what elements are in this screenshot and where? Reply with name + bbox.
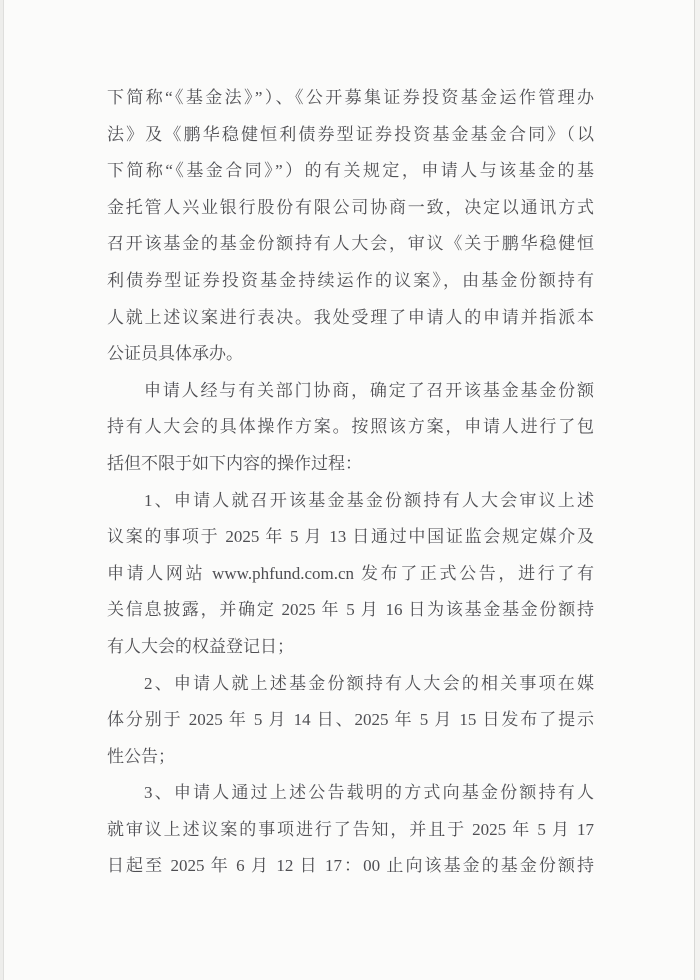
document-page: 下简称“《基金法》”）、《公开募集证券投资基金运作管理办 法》及《鹏华稳健恒利债… <box>107 80 594 885</box>
text-line: 就审议上述议案的事项进行了告知，并且于 2025 年 5 月 17 <box>107 812 594 849</box>
paragraph-item-2: 2、申请人就上述基金份额持有人大会的相关事项在媒 体分别于 2025 年 5 月… <box>107 666 594 776</box>
text-line: 下简称“《基金合同》”）的有关规定，申请人与该基金的基 <box>107 153 594 190</box>
paragraph-item-1: 1、申请人就召开该基金基金份额持有人大会审议上述 议案的事项于 2025 年 5… <box>107 483 594 666</box>
text-line: 利债券型证券投资基金持续运作的议案》，由基金份额持有 <box>107 263 594 300</box>
text-line: 括但不限于如下内容的操作过程： <box>107 446 594 483</box>
text-line: 金托管人兴业银行股份有限公司协商一致，决定以通讯方式 <box>107 190 594 227</box>
text-line: 2、申请人就上述基金份额持有人大会的相关事项在媒 <box>107 666 594 703</box>
page-right-edge <box>694 0 700 980</box>
document-photo: 下简称“《基金法》”）、《公开募集证券投资基金运作管理办 法》及《鹏华稳健恒利债… <box>0 0 700 980</box>
text-line: 1、申请人就召开该基金基金份额持有人大会审议上述 <box>107 483 594 520</box>
text-line: 体分别于 2025 年 5 月 14 日、2025 年 5 月 15 日发布了提… <box>107 702 594 739</box>
text-line: 持有人大会的具体操作方案。按照该方案，申请人进行了包 <box>107 409 594 446</box>
page-left-edge <box>0 0 4 980</box>
paragraph-operation-plan: 申请人经与有关部门协商，确定了召开该基金基金份额 持有人大会的具体操作方案。按照… <box>107 373 594 483</box>
text-line: 召开该基金的基金份额持有人大会，审议《关于鹏华稳健恒 <box>107 226 594 263</box>
text-line: 申请人网站 www.phfund.com.cn 发布了正式公告，进行了有 <box>107 556 594 593</box>
text-line: 性公告； <box>107 739 594 776</box>
paragraph-item-3: 3、申请人通过上述公告载明的方式向基金份额持有人 就审议上述议案的事项进行了告知… <box>107 775 594 885</box>
text-line: 下简称“《基金法》”）、《公开募集证券投资基金运作管理办 <box>107 80 594 117</box>
paragraph-continuation: 下简称“《基金法》”）、《公开募集证券投资基金运作管理办 法》及《鹏华稳健恒利债… <box>107 80 594 373</box>
text-line: 申请人经与有关部门协商，确定了召开该基金基金份额 <box>107 373 594 410</box>
text-line: 关信息披露，并确定 2025 年 5 月 16 日为该基金基金份额持 <box>107 592 594 629</box>
text-line: 法》及《鹏华稳健恒利债券型证券投资基金基金合同》（以 <box>107 117 594 154</box>
text-line: 公证员具体承办。 <box>107 336 594 373</box>
text-line: 3、申请人通过上述公告载明的方式向基金份额持有人 <box>107 775 594 812</box>
text-line: 有人大会的权益登记日； <box>107 629 594 666</box>
text-line: 日起至 2025 年 6 月 12 日 17：00 止向该基金的基金份额持 <box>107 848 594 885</box>
text-line: 人就上述议案进行表决。我处受理了申请人的申请并指派本 <box>107 300 594 337</box>
text-line: 议案的事项于 2025 年 5 月 13 日通过中国证监会规定媒介及 <box>107 519 594 556</box>
